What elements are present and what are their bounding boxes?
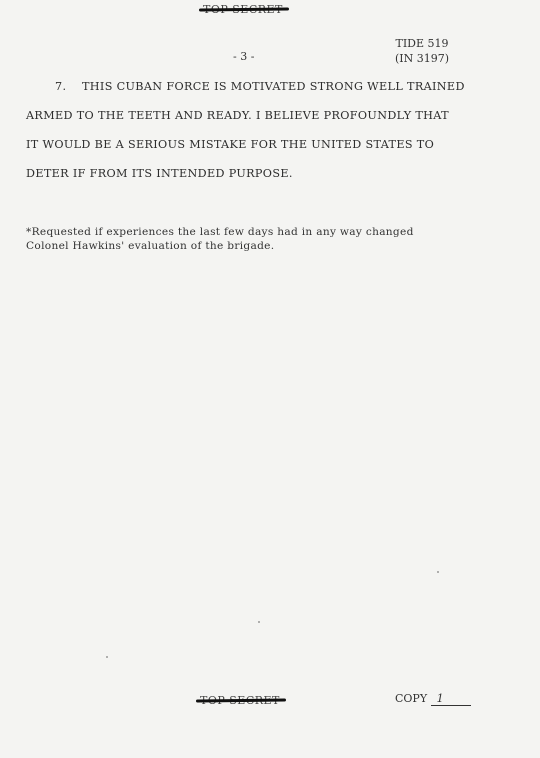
- header-classification-marking: TOP SECRET: [203, 3, 283, 16]
- footnote: *Requested if experiences the last few d…: [26, 225, 414, 253]
- footer-classification-marking: TOP SECRET: [200, 694, 280, 707]
- reference-line-2: (IN 3197): [395, 51, 449, 66]
- copy-label: COPY: [395, 692, 427, 705]
- body-line-3: IT WOULD BE A SERIOUS MISTAKE FOR THE UN…: [26, 138, 434, 151]
- scan-speck: [106, 656, 108, 658]
- document-reference: TIDE 519 (IN 3197): [395, 36, 449, 66]
- copy-number-value: 1: [431, 692, 471, 706]
- copy-number: COPY 1: [395, 692, 471, 706]
- paragraph-number: 7.: [55, 80, 66, 93]
- body-line-4: DETER IF FROM ITS INTENDED PURPOSE.: [26, 167, 293, 180]
- footnote-line-2: Colonel Hawkins' evaluation of the briga…: [26, 239, 414, 253]
- reference-line-1: TIDE 519: [395, 36, 449, 51]
- scan-speck: [437, 571, 439, 573]
- footnote-line-1: *Requested if experiences the last few d…: [26, 225, 414, 239]
- scan-speck: [258, 621, 260, 623]
- body-line-2: ARMED TO THE TEETH AND READY. I BELIEVE …: [26, 109, 449, 122]
- page-number: - 3 -: [233, 50, 254, 63]
- document-page: TOP SECRET - 3 - TIDE 519 (IN 3197) 7. T…: [0, 0, 540, 758]
- body-line-1: THIS CUBAN FORCE IS MOTIVATED STRONG WEL…: [82, 80, 465, 93]
